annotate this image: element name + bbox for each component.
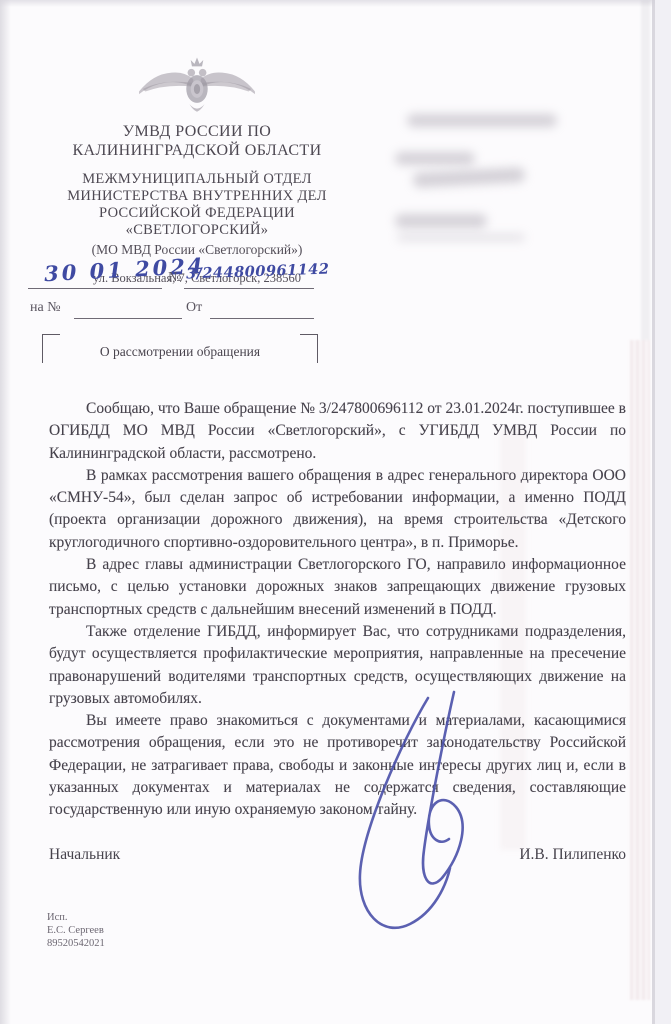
signoff-position: Начальник: [49, 846, 120, 864]
ruled-line: [184, 288, 314, 289]
executor-name: Е.С. Сергеев: [47, 924, 105, 937]
executor-label: Исп.: [47, 911, 105, 924]
division-name-line4: «СВЕТЛОГОРСКИЙ»: [14, 222, 380, 239]
division-name-line3: РОССИЙСКОЙ ФЕДЕРАЦИИ: [14, 205, 380, 222]
redacted-text-line: [395, 152, 475, 165]
ruled-line: [28, 288, 162, 289]
number-sign-label: №: [168, 270, 181, 286]
subject-block: О рассмотрении обращения: [42, 334, 318, 376]
division-name-line2: МИНИСТЕРСТВА ВНУТРЕННИХ ДЕЛ: [14, 188, 380, 205]
scanned-letter-page: УМВД РОССИИ ПО КАЛИНИНГРАДСКОЙ ОБЛАСТИ М…: [0, 0, 671, 1024]
executor-phone: 89520542021: [47, 937, 105, 950]
body-paragraph: Сообщаю, что Ваше обращение № 3/24780069…: [49, 398, 626, 465]
authority-name-line1: УМВД РОССИИ ПО: [14, 122, 380, 141]
redacted-text-line: [413, 167, 526, 188]
redacted-recipient-block: [395, 112, 595, 247]
division-name-line1: МЕЖМУНИЦИПАЛЬНЫЙ ОТДЕЛ: [14, 171, 380, 188]
signoff-name: И.В. Пилипенко: [519, 846, 626, 864]
scan-streak: [641, 0, 650, 340]
letter-body: Сообщаю, что Ваше обращение № 3/24780069…: [49, 398, 626, 822]
ruled-line: [74, 318, 182, 319]
body-paragraph: Также отделение ГИБДД, информирует Вас, …: [49, 621, 626, 710]
from-label: От: [186, 300, 202, 316]
executor-note: Исп. Е.С. Сергеев 89520542021: [47, 911, 105, 950]
handwritten-outgoing-number: 3/244800961142: [186, 261, 330, 283]
mvd-eagle-emblem-icon: [134, 52, 260, 116]
scan-background: [655, 0, 671, 1024]
reply-to-label: на №: [30, 300, 61, 316]
redacted-text-line: [407, 114, 557, 127]
redacted-text-line: [397, 234, 525, 241]
signoff-row: Начальник И.В. Пилипенко: [49, 846, 626, 864]
body-paragraph: В адрес главы администрации Светлогорско…: [49, 554, 626, 621]
letterhead: УМВД РОССИИ ПО КАЛИНИНГРАДСКОЙ ОБЛАСТИ М…: [14, 52, 380, 286]
body-paragraph: В рамках рассмотрения вашего обращения в…: [49, 465, 626, 554]
authority-name-line2: КАЛИНИНГРАДСКОЙ ОБЛАСТИ: [14, 141, 380, 160]
body-paragraph: Вы имеете право знакомиться с документам…: [49, 710, 626, 821]
scan-streak: [630, 340, 650, 1000]
reference-block: 30 01 2024 № 3/244800961142 на № От: [28, 264, 318, 326]
scan-edge-left: [0, 0, 11, 1024]
subject-title: О рассмотрении обращения: [42, 344, 318, 360]
ruled-line: [210, 318, 314, 319]
redacted-text-line: [395, 214, 487, 228]
scan-edge-top: [0, 0, 671, 7]
